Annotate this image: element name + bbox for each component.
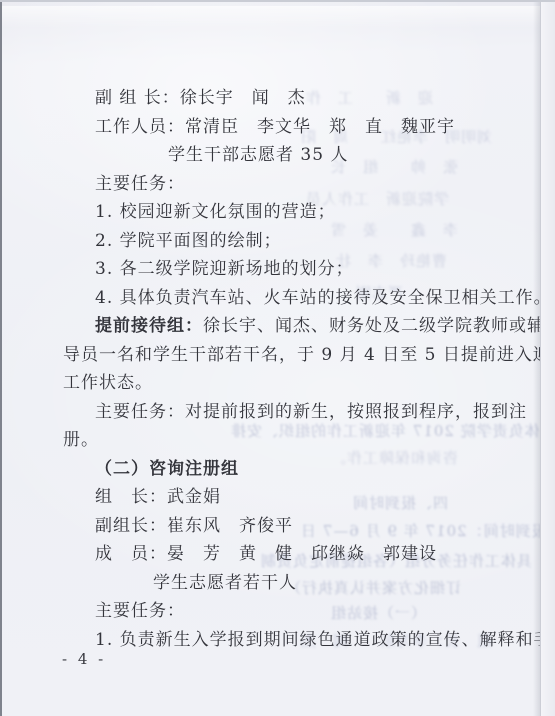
document-text-bold: 提前接待组：: [95, 316, 203, 336]
scanned-document-page: 迎 新 工 作刘明明 李艳红 周 阳张 帅 组 长学院迎新 工作人员李 鑫 姜 …: [0, 0, 555, 716]
document-text: 学生志愿者若干人: [153, 573, 297, 593]
page-number: - 4 -: [62, 650, 106, 668]
document-line: 组 长：武金娟: [63, 483, 503, 512]
document-text: 组 长：武金娟: [95, 487, 221, 507]
document-text: 工作状态。: [63, 373, 153, 393]
document-text: 主要任务：: [95, 174, 185, 194]
document-line: 主要任务：: [63, 597, 503, 626]
document-text: 主要任务：: [95, 601, 185, 621]
document-line: 2. 学院平面图的绘制；: [63, 227, 503, 256]
document-body: 副 组 长：徐长宇 闻 杰工作人员：常清臣 李文华 郑 直 魏亚宇学生干部志愿者…: [63, 84, 503, 654]
document-text: 副 组 长：徐长宇 闻 杰: [95, 88, 306, 108]
document-text: 学生干部志愿者 35 人: [168, 145, 348, 165]
document-text: 工作人员：常清臣 李文华 郑 直 魏亚宇: [95, 117, 455, 137]
document-line: 1. 负责新生入学报到期间绿色通道政策的宣传、解释和手: [63, 626, 503, 655]
document-text: 导员一名和学生干部若干名，于 9 月 4 日至 5 日提前进入迎新: [63, 345, 555, 365]
document-text: 主要任务：对提前报到的新生，按照报到程序，报到注: [95, 402, 527, 422]
document-line: 工作状态。: [63, 369, 503, 398]
document-text: 徐长宇、闻杰、财务处及二级学院教师或辅: [203, 316, 545, 336]
document-line: 副 组 长：徐长宇 闻 杰: [63, 84, 503, 113]
document-text: 3. 各二级学院迎新场地的划分；: [95, 259, 354, 279]
document-line: 主要任务：: [63, 170, 503, 199]
document-text: 4. 具体负责汽车站、火车站的接待及安全保卫相关工作。: [95, 288, 552, 308]
document-text: 2. 学院平面图的绘制；: [95, 231, 282, 251]
document-line: 副组长：崔东风 齐俊平: [63, 512, 503, 541]
document-line: （二）咨询注册组: [63, 455, 503, 484]
document-line: 1. 校园迎新文化氛围的营造；: [63, 198, 503, 227]
document-text: 1. 校园迎新文化氛围的营造；: [95, 202, 336, 222]
document-line: 成 员：晏 芳 黄 健 邱继焱 郭建设: [63, 540, 503, 569]
scan-right-edge: [540, 0, 555, 716]
document-line: 主要任务：对提前报到的新生，按照报到程序，报到注: [63, 398, 503, 427]
document-text: 成 员：晏 芳 黄 健 邱继焱 郭建设: [95, 544, 437, 564]
document-line: 3. 各二级学院迎新场地的划分；: [63, 255, 503, 284]
document-text: 册。: [63, 430, 99, 450]
document-text: 副组长：崔东风 齐俊平: [95, 516, 293, 536]
document-line: 学生干部志愿者 35 人: [63, 141, 503, 170]
document-line: 提前接待组：徐长宇、闻杰、财务处及二级学院教师或辅: [63, 312, 503, 341]
document-line: 导员一名和学生干部若干名，于 9 月 4 日至 5 日提前进入迎新: [63, 341, 503, 370]
document-line: 册。: [63, 426, 503, 455]
document-line: 工作人员：常清臣 李文华 郑 直 魏亚宇: [63, 113, 503, 142]
document-text-bold: （二）咨询注册组: [95, 459, 239, 479]
document-text: 1. 负责新生入学报到期间绿色通道政策的宣传、解释和手: [95, 630, 552, 650]
document-line: 4. 具体负责汽车站、火车站的接待及安全保卫相关工作。: [63, 284, 503, 313]
scan-top-edge: [0, 0, 555, 2]
scan-light-sheen: [0, 6, 555, 28]
scan-left-edge: [0, 0, 2, 716]
document-line: 学生志愿者若干人: [63, 569, 503, 598]
